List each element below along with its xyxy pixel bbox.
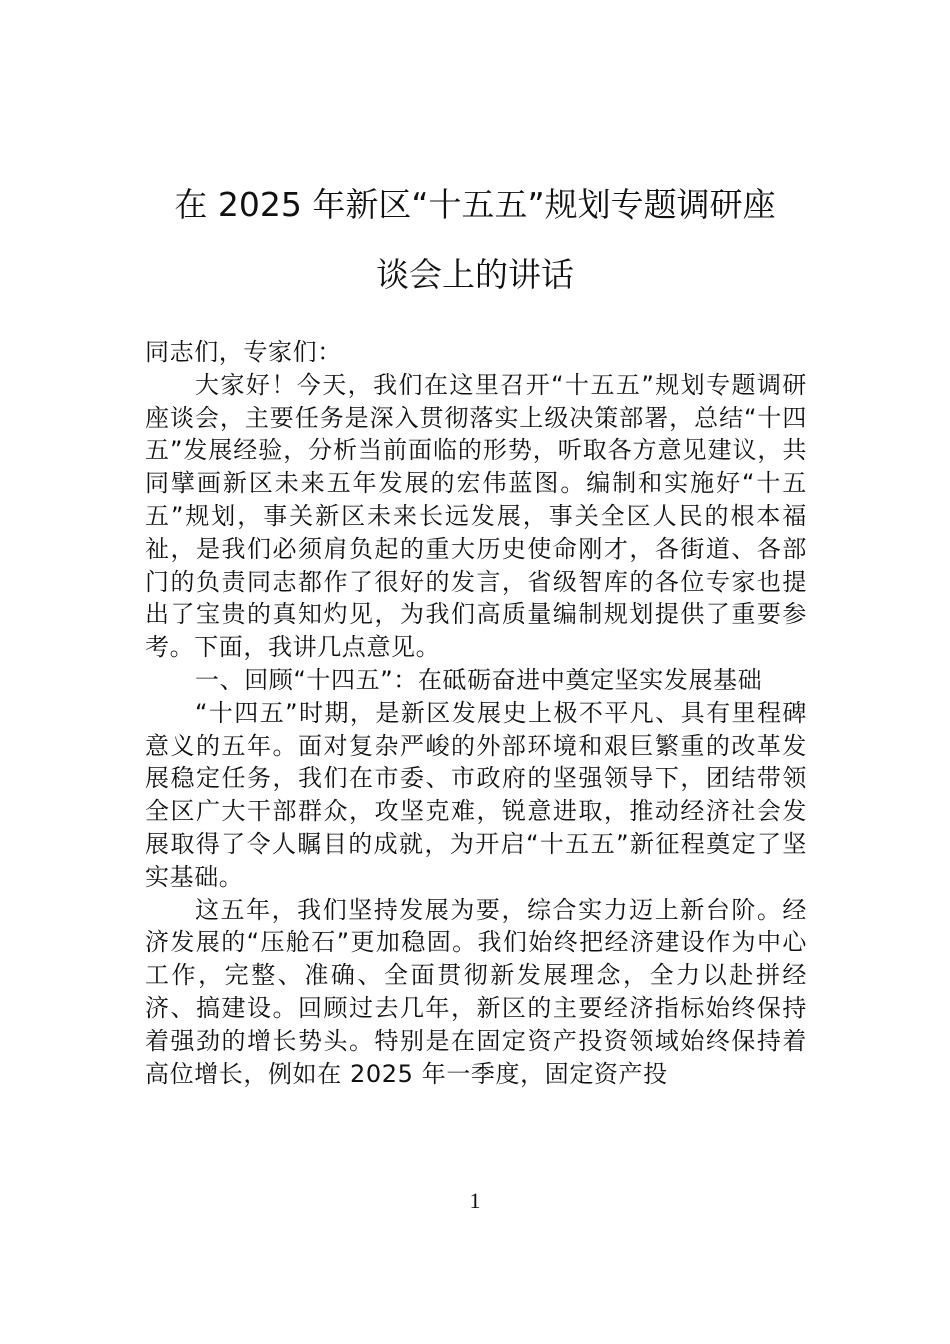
document-title: 在 2025 年新区“十五五”规划专题调研座 谈会上的讲话 (130, 170, 820, 310)
title-line-1: 在 2025 年新区“十五五”规划专题调研座 (130, 170, 820, 240)
title-line-2: 谈会上的讲话 (130, 240, 820, 310)
paragraph-review: “十四五”时期，是新区发展史上极不平凡、具有里程碑意义的五年。面对复杂严峻的外部… (145, 697, 807, 894)
page-number: 1 (0, 1188, 950, 1214)
document-body: 同志们，专家们： 大家好！今天，我们在这里召开“十五五”规划专题调研座谈会，主要… (145, 336, 807, 1090)
paragraph-opening: 大家好！今天，我们在这里召开“十五五”规划专题调研座谈会，主要任务是深入贯彻落实… (145, 369, 807, 664)
document-page: 在 2025 年新区“十五五”规划专题调研座 谈会上的讲话 同志们，专家们： 大… (0, 0, 950, 1344)
section-heading-1: 一、回顾“十四五”：在砥砺奋进中奠定坚实发展基础 (145, 664, 807, 697)
salutation: 同志们，专家们： (145, 336, 807, 369)
paragraph-economy: 这五年，我们坚持发展为要，综合实力迈上新台阶。经济发展的“压舱石”更加稳固。我们… (145, 894, 807, 1091)
